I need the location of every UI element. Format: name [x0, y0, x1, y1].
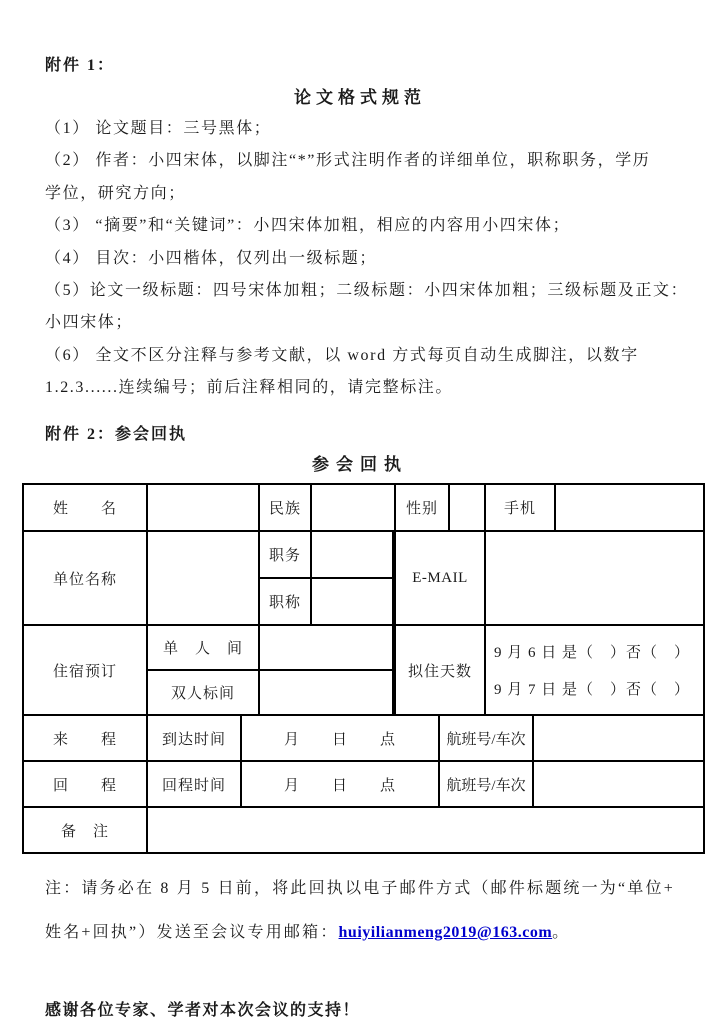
format-rule-line: （5）论文一级标题：四号宋体加粗；二级标题：小四宋体加粗；三级标题及正文： — [45, 275, 685, 307]
note-line2-prefix: 姓名+回执”）发送至会议专用邮箱： — [45, 924, 339, 941]
name-label: 姓 名 — [24, 485, 148, 530]
format-rule-line: 小四宋体； — [45, 307, 685, 339]
table-row: 住宿预订 单 人 间 双人标间 拟住天数 9 月 6 日 是（ ）否（ ） 9 … — [24, 626, 703, 716]
single-room-label: 单 人 间 — [148, 626, 260, 669]
format-rule-line: 学位，研究方向； — [45, 178, 685, 210]
return-flight-input-cell[interactable] — [534, 762, 703, 806]
return-label: 回 程 — [24, 762, 148, 806]
ethnic-input-cell[interactable] — [312, 485, 396, 530]
name-input-cell[interactable] — [148, 485, 260, 530]
gender-input-cell[interactable] — [450, 485, 486, 530]
email-input-cell[interactable] — [486, 532, 703, 624]
outbound-label: 来 程 — [24, 716, 148, 760]
title-subrow: 职称 — [260, 579, 394, 624]
outbound-month-day-hour-cell[interactable]: 月 日 点 — [242, 716, 440, 760]
duty-input-cell[interactable] — [312, 532, 394, 577]
note-line2-suffix: 。 — [552, 924, 570, 941]
email-link[interactable]: huiyilianmeng2019@163.com — [339, 924, 553, 941]
format-rule-line: 1.2.3......连续编号；前后注释相同的，请完整标注。 — [45, 372, 685, 404]
paper-format-rules: （1） 论文题目：三号黑体； （2） 作者：小四宋体，以脚注“*”形式注明作者的… — [45, 113, 685, 405]
table-row: 来 程 到达时间 月 日 点 航班号/车次 — [24, 716, 703, 762]
email-label: E-MAIL — [396, 532, 486, 624]
note-line: 姓名+回执”）发送至会议专用邮箱：huiyilianmeng2019@163.c… — [45, 911, 690, 955]
stay-dates-option-cell: 9 月 6 日 是（ ）否（ ） 9 月 7 日 是（ ）否（ ） — [486, 626, 703, 714]
single-room-input-cell[interactable] — [260, 626, 394, 669]
gender-label: 性别 — [396, 485, 450, 530]
outbound-flight-input-cell[interactable] — [534, 716, 703, 760]
organization-input-cell[interactable] — [148, 532, 260, 624]
document-page: 附件 1： 论文格式规范 （1） 论文题目：三号黑体； （2） 作者：小四宋体，… — [0, 0, 720, 1035]
double-room-subrow: 双人标间 — [148, 671, 394, 714]
stay-days-label: 拟住天数 — [396, 626, 486, 714]
return-month-day-hour-cell[interactable]: 月 日 点 — [242, 762, 440, 806]
submission-note: 注：请务必在 8 月 5 日前，将此回执以电子邮件方式（邮件标题统一为“单位+ … — [45, 867, 690, 955]
phone-label: 手机 — [486, 485, 556, 530]
duty-label: 职务 — [260, 532, 312, 577]
table-row: 姓 名 民族 性别 手机 — [24, 485, 703, 532]
format-rule-line: （6） 全文不区分注释与参考文献，以 word 方式每页自动生成脚注，以数字 — [45, 340, 685, 372]
note-line: 注：请务必在 8 月 5 日前，将此回执以电子邮件方式（邮件标题统一为“单位+ — [45, 867, 690, 911]
return-time-label: 回程时间 — [148, 762, 242, 806]
sep7-yes-no-option[interactable]: 9 月 7 日 是（ ）否（ ） — [494, 678, 690, 699]
attachment1-heading: 附件 1： — [45, 52, 115, 75]
format-rule-line: （3） “摘要”和“关键词”：小四宋体加粗，相应的内容用小四宋体； — [45, 210, 685, 242]
remark-label: 备 注 — [24, 808, 148, 852]
double-room-label: 双人标间 — [148, 671, 260, 714]
format-rule-line: （2） 作者：小四宋体，以脚注“*”形式注明作者的详细单位，职称职务，学历 — [45, 145, 685, 177]
duty-title-subgrid: 职务 职称 — [260, 532, 396, 624]
duty-subrow: 职务 — [260, 532, 394, 579]
reply-form-title: 参会回执 — [0, 450, 720, 475]
double-room-input-cell[interactable] — [260, 671, 394, 714]
title-label: 职称 — [260, 579, 312, 624]
arrival-time-label: 到达时间 — [148, 716, 242, 760]
return-flight-label: 航班号/车次 — [440, 762, 534, 806]
phone-input-cell[interactable] — [556, 485, 703, 530]
organization-label: 单位名称 — [24, 532, 148, 624]
table-row: 单位名称 职务 职称 E-MAIL — [24, 532, 703, 626]
paper-format-title: 论文格式规范 — [0, 83, 720, 108]
thanks-line: 感谢各位专家、学者对本次会议的支持！ — [45, 997, 360, 1020]
room-type-subgrid: 单 人 间 双人标间 — [148, 626, 396, 714]
table-row: 备 注 — [24, 808, 703, 852]
remark-input-cell[interactable] — [148, 808, 703, 852]
title-input-cell[interactable] — [312, 579, 394, 624]
hotel-booking-label: 住宿预订 — [24, 626, 148, 714]
ethnic-label: 民族 — [260, 485, 312, 530]
format-rule-line: （1） 论文题目：三号黑体； — [45, 113, 685, 145]
single-room-subrow: 单 人 间 — [148, 626, 394, 671]
table-row: 回 程 回程时间 月 日 点 航班号/车次 — [24, 762, 703, 808]
reply-form-table: 姓 名 民族 性别 手机 单位名称 职务 职称 E- — [22, 483, 705, 854]
outbound-flight-label: 航班号/车次 — [440, 716, 534, 760]
attachment2-heading: 附件 2：参会回执 — [45, 421, 187, 444]
sep6-yes-no-option[interactable]: 9 月 6 日 是（ ）否（ ） — [494, 641, 690, 662]
format-rule-line: （4） 目次：小四楷体，仅列出一级标题； — [45, 243, 685, 275]
